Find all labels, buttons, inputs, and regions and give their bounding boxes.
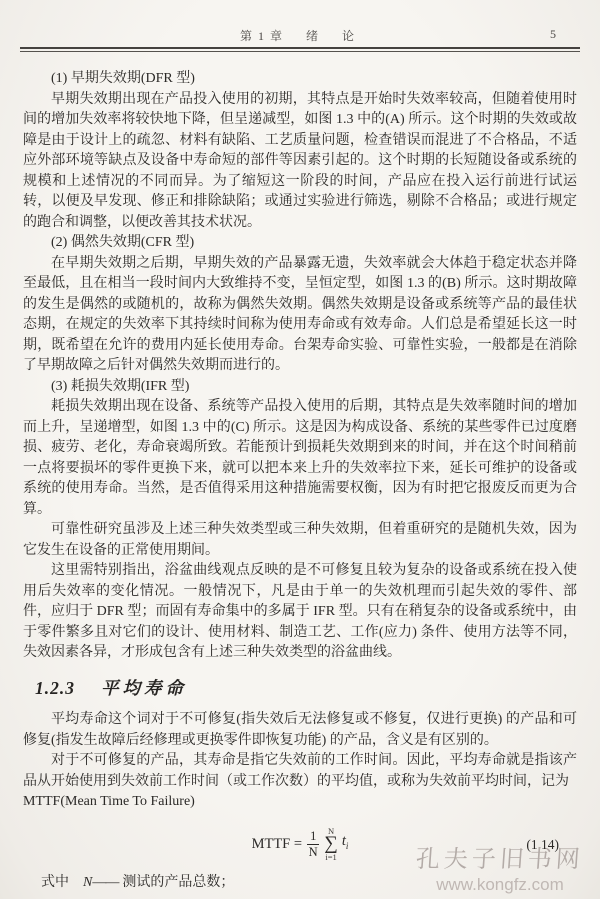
kongfz-watermark: 孔夫子旧书网 www.kongfz.com <box>416 839 584 895</box>
page-content: (1) 早期失效期(DFR 型) 早期失效期出现在产品投入使用的初期，其特点是开… <box>0 52 600 893</box>
paragraph-wearout-failure: 耗损失效期出现在设备、系统等产品投入使用的后期，其特点是失效率随时间的增加而上升… <box>23 397 577 520</box>
watermark-title: 孔夫子旧书网 <box>415 839 585 874</box>
fraction-one-over-n: 1 N <box>307 829 319 859</box>
section-title: 平均寿命 <box>101 678 187 698</box>
list-heading-wearout-failure: (3) 耗损失效期(IFR 型) <box>23 377 577 398</box>
paragraph-bathtub-note: 这里需特别指出，浴盆曲线观点反映的是不可修复且较为复杂的设备或系统在投入使用后失… <box>23 561 577 664</box>
summand-term: ti <box>342 831 349 856</box>
page-header: 第1章 绪 论 5 <box>0 0 600 43</box>
where-dash: —— <box>92 875 118 890</box>
where-symbol-n: N <box>83 875 92 890</box>
sigma-glyph: ∑ <box>324 835 338 853</box>
mttf-formula: MTTF = 1 N N ∑ i=1 ti <box>252 827 349 862</box>
summation-symbol: N ∑ i=1 <box>324 827 338 862</box>
watermark-url: www.kongfz.com <box>416 875 584 895</box>
list-heading-early-failure: (1) 早期失效期(DFR 型) <box>23 69 577 90</box>
variable-subscript-i: i <box>346 841 349 851</box>
paragraph-random-failure: 在早期失效期之后期，早期失效的产品暴露无遗，失效率就会大体趋于稳定状态并降至最低… <box>23 254 577 377</box>
section-number: 1.2.3 <box>35 678 75 698</box>
where-description: 测试的产品总数； <box>122 875 234 890</box>
fraction-denominator: N <box>309 845 318 859</box>
book-page: 第1章 绪 论 5 (1) 早期失效期(DFR 型) 早期失效期出现在产品投入使… <box>0 0 600 899</box>
summation-lower-limit: i=1 <box>325 853 336 862</box>
where-prefix: 式中 <box>41 875 69 890</box>
list-heading-random-failure: (2) 偶然失效期(CFR 型) <box>23 233 577 254</box>
fraction-numerator: 1 <box>307 829 319 844</box>
paragraph-reliability-focus: 可靠性研究虽涉及上述三种失效类型或三种失效期，但着重研究的是随机失效，因为它发生… <box>23 520 577 561</box>
running-head: 第1章 绪 论 <box>240 29 360 43</box>
section-heading-mean-life: 1.2.3平均寿命 <box>35 678 577 699</box>
paragraph-early-failure: 早期失效期出现在产品投入使用的初期，其特点是开始时失效率较高，但随着使用时间的增… <box>23 90 577 234</box>
formula-lhs: MTTF = <box>252 834 302 855</box>
mttf-abbreviation-line: MTTF(Mean Time To Failure) <box>23 792 577 813</box>
paragraph-mean-life-intro: 平均寿命这个词对于不可修复(指失效后无法修复或不修复，仅进行更换) 的产品和可修… <box>23 710 577 751</box>
page-number: 5 <box>550 27 556 42</box>
paragraph-nonrepairable: 对于不可修复的产品，其寿命是指它失效前的工作时间。因此，平均寿命就是指该产品从开… <box>23 751 577 792</box>
